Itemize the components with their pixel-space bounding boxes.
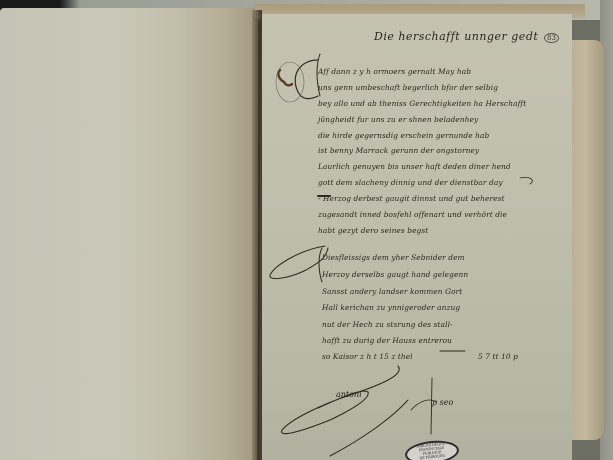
text-line: nut der Hech zu stsrung des stall- (322, 320, 453, 329)
page-heading: Die herschafft unnger gedt (374, 30, 538, 43)
left-page-blank (0, 8, 258, 460)
text-line: habt gezyt dero seines begst (318, 226, 428, 235)
text-line: bey allo und ab theniss Gerechtigkeiten … (318, 99, 526, 108)
manuscript-photo: Die herschafft unnger gedt 83 Aff dann z… (0, 0, 613, 460)
text-line: zugesandt inned bosfehl offenart und ver… (318, 210, 507, 219)
text-line: - Herzog derbest gaugit dinnst und gut b… (318, 194, 505, 203)
text-line: uns genn umbeschaft begerlich bfor der s… (318, 83, 498, 92)
text-line: die hirde gegernsdig erschein gernunde h… (318, 131, 489, 140)
text-line: gott dem slacheny dinnig und der dienstb… (318, 178, 503, 187)
folio-number: 83 (544, 33, 559, 43)
text-line: Hall kerichan zu ynnigeroder anzug (322, 303, 460, 312)
text-line: so Kaisor z h t 15 z thel (322, 352, 413, 361)
text-line: ist benny Marrack gerunn der ongstorney (318, 146, 479, 155)
text-line: Diesfleissigs dem yher Sebnider dem (322, 253, 465, 262)
text-line: Laurlich genuyen bis unser haft deden di… (318, 162, 511, 171)
right-page (260, 14, 572, 460)
text-line: Sansst andery landser kommen Gort (322, 287, 462, 296)
marginal-total: 5 7 tt 10 p (478, 352, 518, 361)
text-line: hafft zu durig der Hauss entrerou (322, 336, 452, 345)
text-line: Herzoy derselbs gaugt hand gelegenn (322, 270, 468, 279)
signature-part-2: p seo (432, 398, 453, 407)
gutter-shadow (252, 10, 262, 460)
text-line: Aff dann z y h ormoers gernalt May hab (318, 67, 471, 76)
text-line: jüngheidt fur uns zu er shnen beladenhey (318, 115, 478, 124)
signature-part-1: antoni (336, 390, 362, 399)
